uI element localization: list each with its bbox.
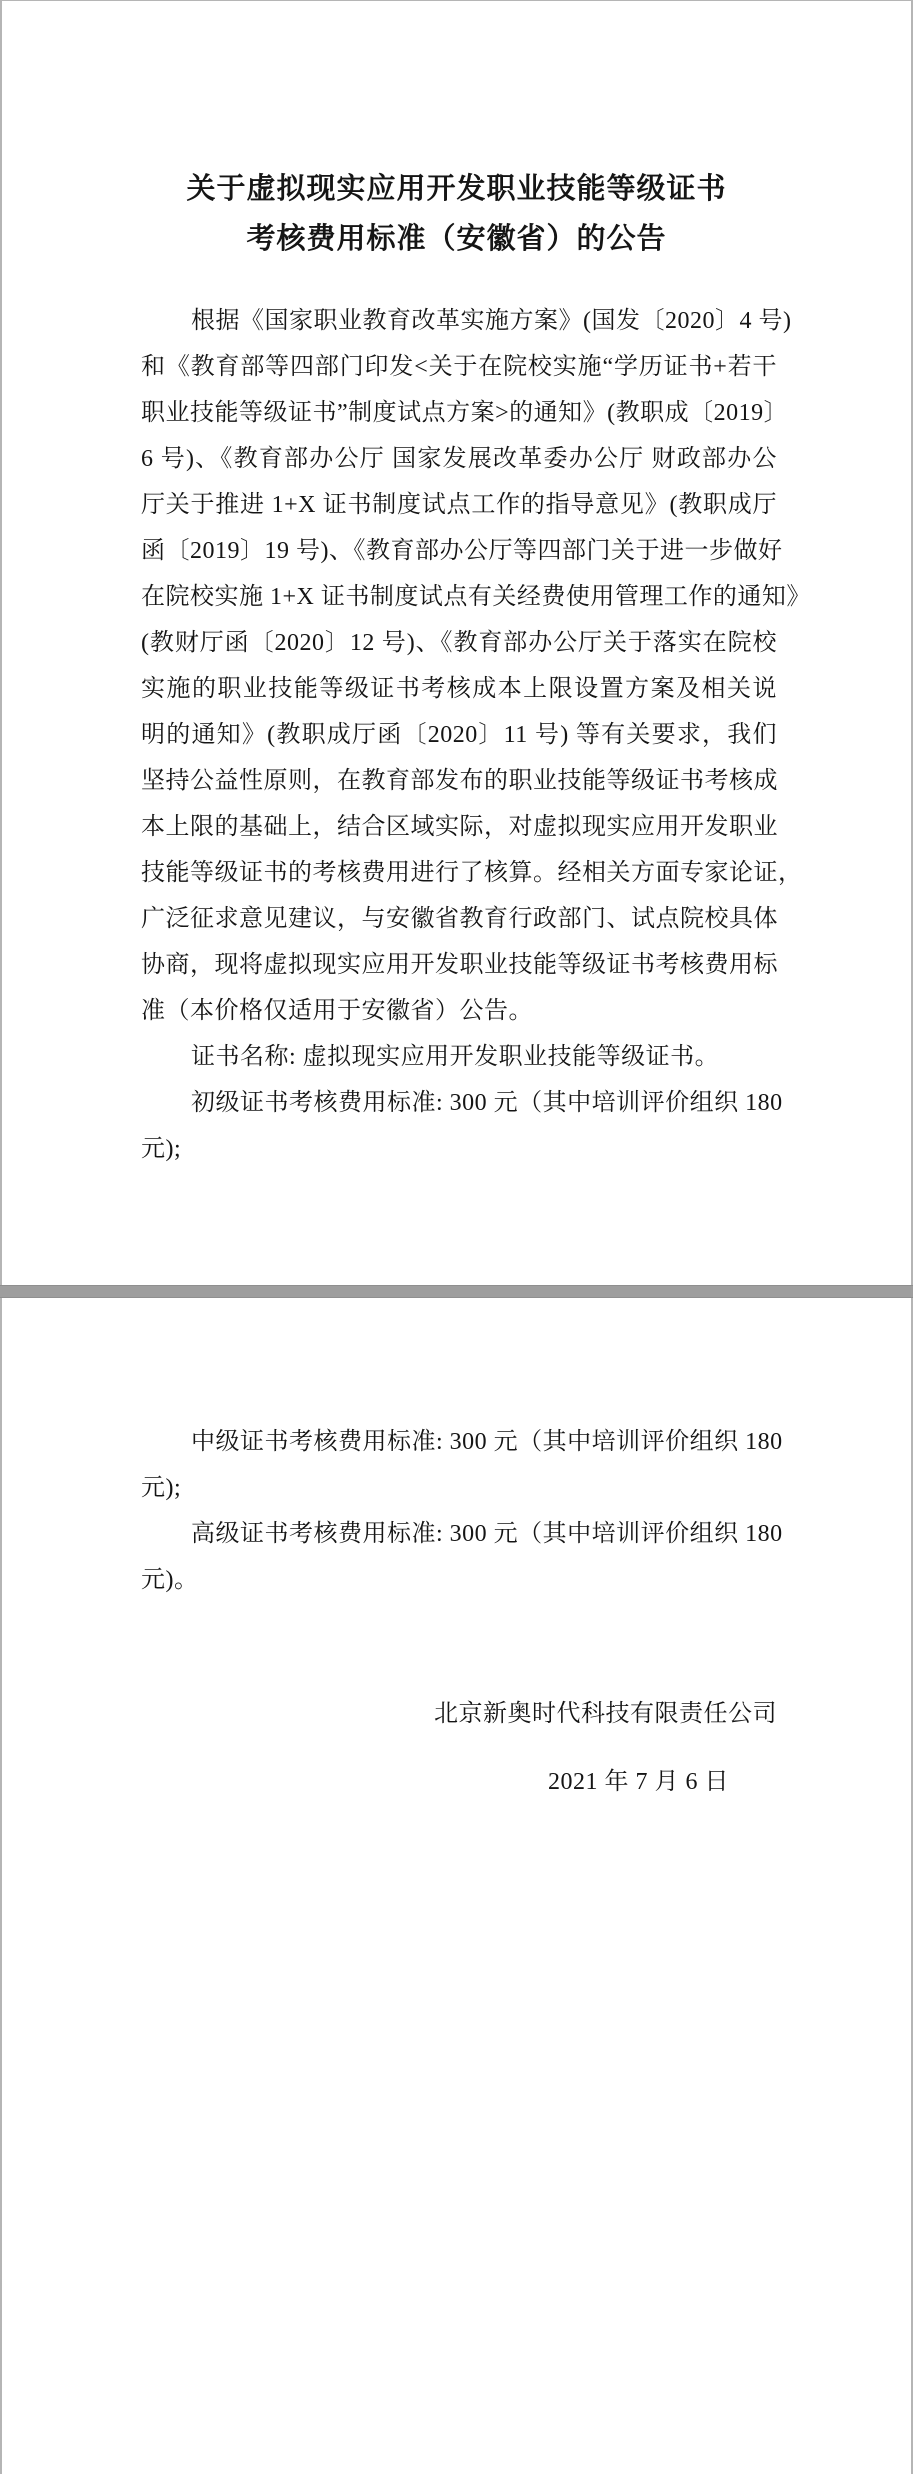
body-line: 协商，现将虚拟现实应用开发职业技能等级证书考核费用标 [141, 942, 777, 988]
title-line-1: 关于虚拟现实应用开发职业技能等级证书 [2, 164, 911, 214]
body-line: 坚持公益性原则，在教育部发布的职业技能等级证书考核成 [141, 758, 777, 804]
page-gap-divider [0, 1285, 913, 1298]
body-line: 明的通知》(教职成厅函〔2020〕11 号) 等有关要求，我们 [141, 712, 777, 758]
title-line-2: 考核费用标准（安徽省）的公告 [2, 214, 911, 264]
body-line: 6 号)、《教育部办公厅 国家发展改革委办公厅 财政部办公 [141, 436, 777, 482]
body-line: 元); [141, 1126, 777, 1172]
document-background: { "document": { "title_lines": [ "关于虚拟现实… [0, 0, 913, 2474]
junior-fee-line: 初级证书考核费用标准: 300 元（其中培训评价组织 180 [141, 1080, 777, 1126]
certificate-name-line: 证书名称: 虚拟现实应用开发职业技能等级证书。 [141, 1034, 777, 1080]
document-page-1: 关于虚拟现实应用开发职业技能等级证书 考核费用标准（安徽省）的公告 根据《国家职… [0, 0, 913, 1285]
page1-body: 根据《国家职业教育改革实施方案》(国发〔2020〕4 号) 和《教育部等四部门印… [141, 298, 777, 1172]
body-line: 厅关于推进 1+X 证书制度试点工作的指导意见》(教职成厅 [141, 482, 777, 528]
signature-date: 2021 年 7 月 6 日 [141, 1759, 777, 1805]
body-line: 实施的职业技能等级证书考核成本上限设置方案及相关说 [141, 666, 777, 712]
body-line: 技能等级证书的考核费用进行了核算。经相关方面专家论证， [141, 850, 777, 896]
document-page-2: 中级证书考核费用标准: 300 元（其中培训评价组织 180 元); 高级证书考… [0, 1298, 913, 2474]
body-line: 广泛征求意见建议，与安徽省教育行政部门、试点院校具体 [141, 896, 777, 942]
page2-body: 中级证书考核费用标准: 300 元（其中培训评价组织 180 元); 高级证书考… [141, 1419, 777, 1603]
body-line: (教财厅函〔2020〕12 号)、《教育部办公厅关于落实在院校 [141, 620, 777, 666]
body-line: 职业技能等级证书”制度试点方案>的通知》(教职成〔2019〕 [141, 390, 777, 436]
body-line: 元)。 [141, 1557, 777, 1603]
body-line: 准（本价格仅适用于安徽省）公告。 [141, 988, 777, 1034]
body-line: 根据《国家职业教育改革实施方案》(国发〔2020〕4 号) [141, 298, 777, 344]
intermediate-fee-line: 中级证书考核费用标准: 300 元（其中培训评价组织 180 [141, 1419, 777, 1465]
document-title: 关于虚拟现实应用开发职业技能等级证书 考核费用标准（安徽省）的公告 [2, 164, 911, 264]
body-line: 元); [141, 1465, 777, 1511]
body-line: 本上限的基础上，结合区域实际，对虚拟现实应用开发职业 [141, 804, 777, 850]
signature-company: 北京新奥时代科技有限责任公司 [141, 1691, 777, 1737]
senior-fee-line: 高级证书考核费用标准: 300 元（其中培训评价组织 180 [141, 1511, 777, 1557]
body-line: 在院校实施 1+X 证书制度试点有关经费使用管理工作的通知》 [141, 574, 777, 620]
body-line: 和《教育部等四部门印发<关于在院校实施“学历证书+若干 [141, 344, 777, 390]
body-line: 函〔2019〕19 号)、《教育部办公厅等四部门关于进一步做好 [141, 528, 777, 574]
